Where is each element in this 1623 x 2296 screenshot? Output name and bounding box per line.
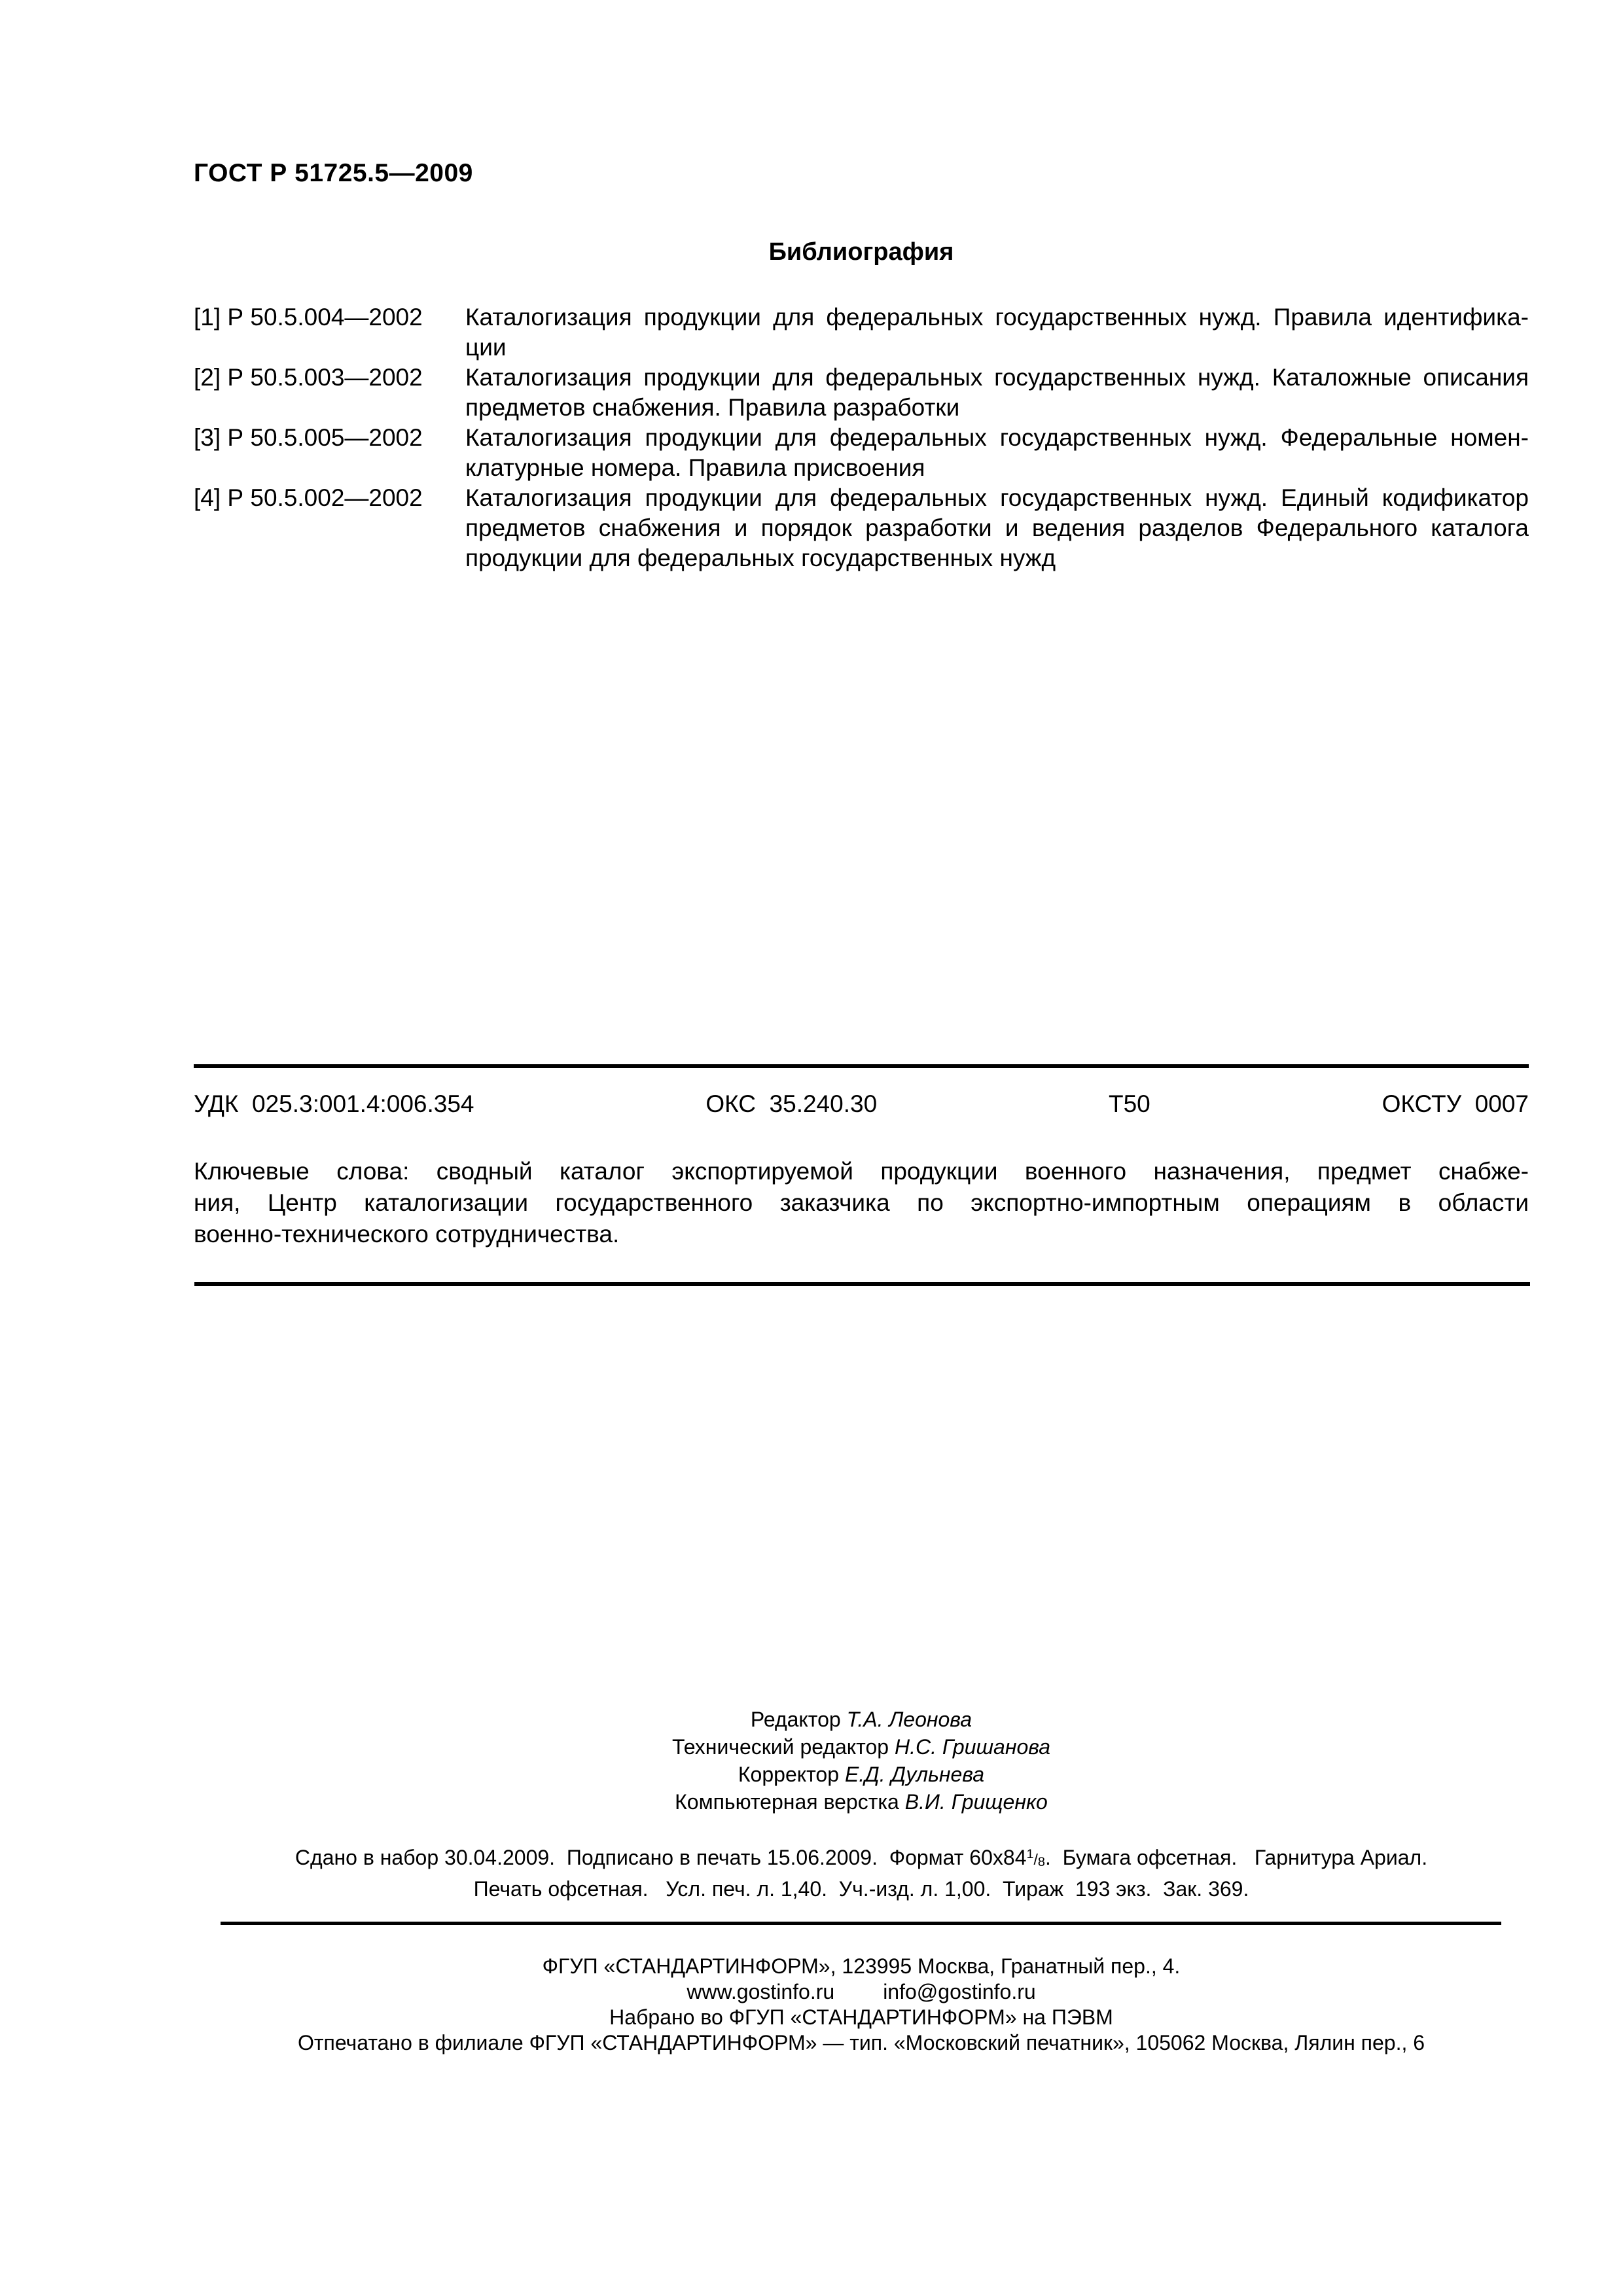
bibliography-entry-line: Каталогизация продукции для федеральных … (465, 423, 1529, 453)
bibliography-entry-text: Каталогизация продукции для федеральных … (465, 302, 1529, 363)
credit-line: Компьютерная версткаВ.И. Грищенко (194, 1788, 1529, 1816)
bibliography-list: [1] Р 50.5.004—2002 Каталогизация продук… (194, 302, 1529, 573)
bibliography-entry-label: [2] Р 50.5.003—2002 (194, 363, 465, 393)
publisher-printed-note: Отпечатано в филиале ФГУП «СТАНДАРТИНФОР… (194, 2030, 1529, 2056)
bibliography-entry: [1] Р 50.5.004—2002 Каталогизация продук… (194, 302, 1529, 363)
credit-line: Технический редакторН.С. Гришанова (194, 1733, 1529, 1761)
credit-role: Корректор (738, 1763, 839, 1786)
bibliography-entry-line: ции (465, 332, 1529, 363)
section-title: Библиография (194, 238, 1529, 266)
imprint-text: Сдано в набор 30.04.2009. Подписано в пе… (295, 1846, 1027, 1869)
okstu-code: ОКСТУ 0007 (1382, 1089, 1529, 1119)
bibliography-entry-label: [3] Р 50.5.005—2002 (194, 423, 465, 453)
horizontal-rule-top (194, 1064, 1529, 1068)
bibliography-entry-text: Каталогизация продукции для федеральных … (465, 483, 1529, 573)
print-imprint: Сдано в набор 30.04.2009. Подписано в пе… (194, 1844, 1529, 1903)
bibliography-entry-line: предметов снабжения. Правила разработки (465, 393, 1529, 423)
bibliography-entry-label: [1] Р 50.5.004—2002 (194, 302, 465, 332)
imprint-text: . Бумага офсетная. Гарнитура Ариал. (1045, 1846, 1427, 1869)
keywords-paragraph: Ключевые слова: сводный каталог экспорти… (194, 1156, 1529, 1250)
t-code: Т50 (1109, 1089, 1150, 1119)
doc-code: ГОСТ Р 51725.5—2009 (194, 159, 473, 188)
credit-role: Компьютерная верстка (675, 1790, 899, 1814)
oks-code: ОКС 35.240.30 (705, 1089, 877, 1119)
horizontal-rule-bottom (221, 1922, 1501, 1925)
keywords-line: военно-технического сотрудничества. (194, 1219, 1529, 1250)
keywords-line: ния, Центр каталогизации государственног… (194, 1187, 1529, 1219)
udk-code: УДК 025.3:001.4:006.354 (194, 1089, 474, 1119)
publisher-contacts: www.gostinfo.ru info@gostinfo.ru (194, 1979, 1529, 2005)
bibliography-entry: [2] Р 50.5.003—2002 Каталогизация продук… (194, 363, 1529, 423)
credit-person-name: В.И. Грищенко (905, 1790, 1048, 1814)
imprint-line: Сдано в набор 30.04.2009. Подписано в пе… (194, 1844, 1529, 1875)
document-page: ГОСТ Р 51725.5—2009 Библиография [1] Р 5… (0, 0, 1623, 2296)
bibliography-entry-line: Каталогизация продукции для федеральных … (465, 483, 1529, 513)
bibliography-entry-line: предметов снабжения и порядок разработки… (465, 513, 1529, 543)
publisher-website: www.gostinfo.ru (687, 1979, 834, 2005)
editorial-credits: РедакторТ.А. Леонова Технический редакто… (194, 1706, 1529, 1816)
bibliography-entry-label: [4] Р 50.5.002—2002 (194, 483, 465, 513)
format-numerator: 1 (1026, 1847, 1033, 1861)
publisher-email: info@gostinfo.ru (883, 1979, 1036, 2005)
bibliography-entry-line: Каталогизация продукции для федеральных … (465, 302, 1529, 332)
publisher-address: ФГУП «СТАНДАРТИНФОРМ», 123995 Москва, Гр… (194, 1954, 1529, 1979)
credit-role: Редактор (751, 1708, 841, 1731)
credit-person-name: Е.Д. Дульнева (845, 1763, 984, 1786)
bibliography-entry-line: Каталогизация продукции для федеральных … (465, 363, 1529, 393)
publisher-typeset-note: Набрано во ФГУП «СТАНДАРТИНФОРМ» на ПЭВМ (194, 2005, 1529, 2030)
bibliography-entry-line: продукции для федеральных государственны… (465, 543, 1529, 573)
format-denominator: 8 (1038, 1855, 1045, 1869)
credit-role: Технический редактор (672, 1735, 889, 1759)
credit-person-name: Т.А. Леонова (847, 1708, 972, 1731)
imprint-line: Печать офсетная. Усл. печ. л. 1,40. Уч.-… (194, 1875, 1529, 1903)
format-slash: / (1034, 1851, 1038, 1868)
bibliography-entry: [4] Р 50.5.002—2002 Каталогизация продук… (194, 483, 1529, 573)
bibliography-entry: [3] Р 50.5.005—2002 Каталогизация продук… (194, 423, 1529, 483)
horizontal-rule-middle (194, 1282, 1530, 1286)
credit-person-name: Н.С. Гришанова (895, 1735, 1050, 1759)
credit-line: КорректорЕ.Д. Дульнева (194, 1761, 1529, 1788)
bibliography-entry-text: Каталогизация продукции для федеральных … (465, 363, 1529, 423)
keywords-line: Ключевые слова: сводный каталог экспорти… (194, 1156, 1529, 1187)
bibliography-entry-line: клатурные номера. Правила присвоения (465, 453, 1529, 483)
bibliography-entry-text: Каталогизация продукции для федеральных … (465, 423, 1529, 483)
classification-codes-row: УДК 025.3:001.4:006.354 ОКС 35.240.30 Т5… (194, 1089, 1529, 1119)
credit-line: РедакторТ.А. Леонова (194, 1706, 1529, 1733)
publisher-block: ФГУП «СТАНДАРТИНФОРМ», 123995 Москва, Гр… (194, 1954, 1529, 2056)
